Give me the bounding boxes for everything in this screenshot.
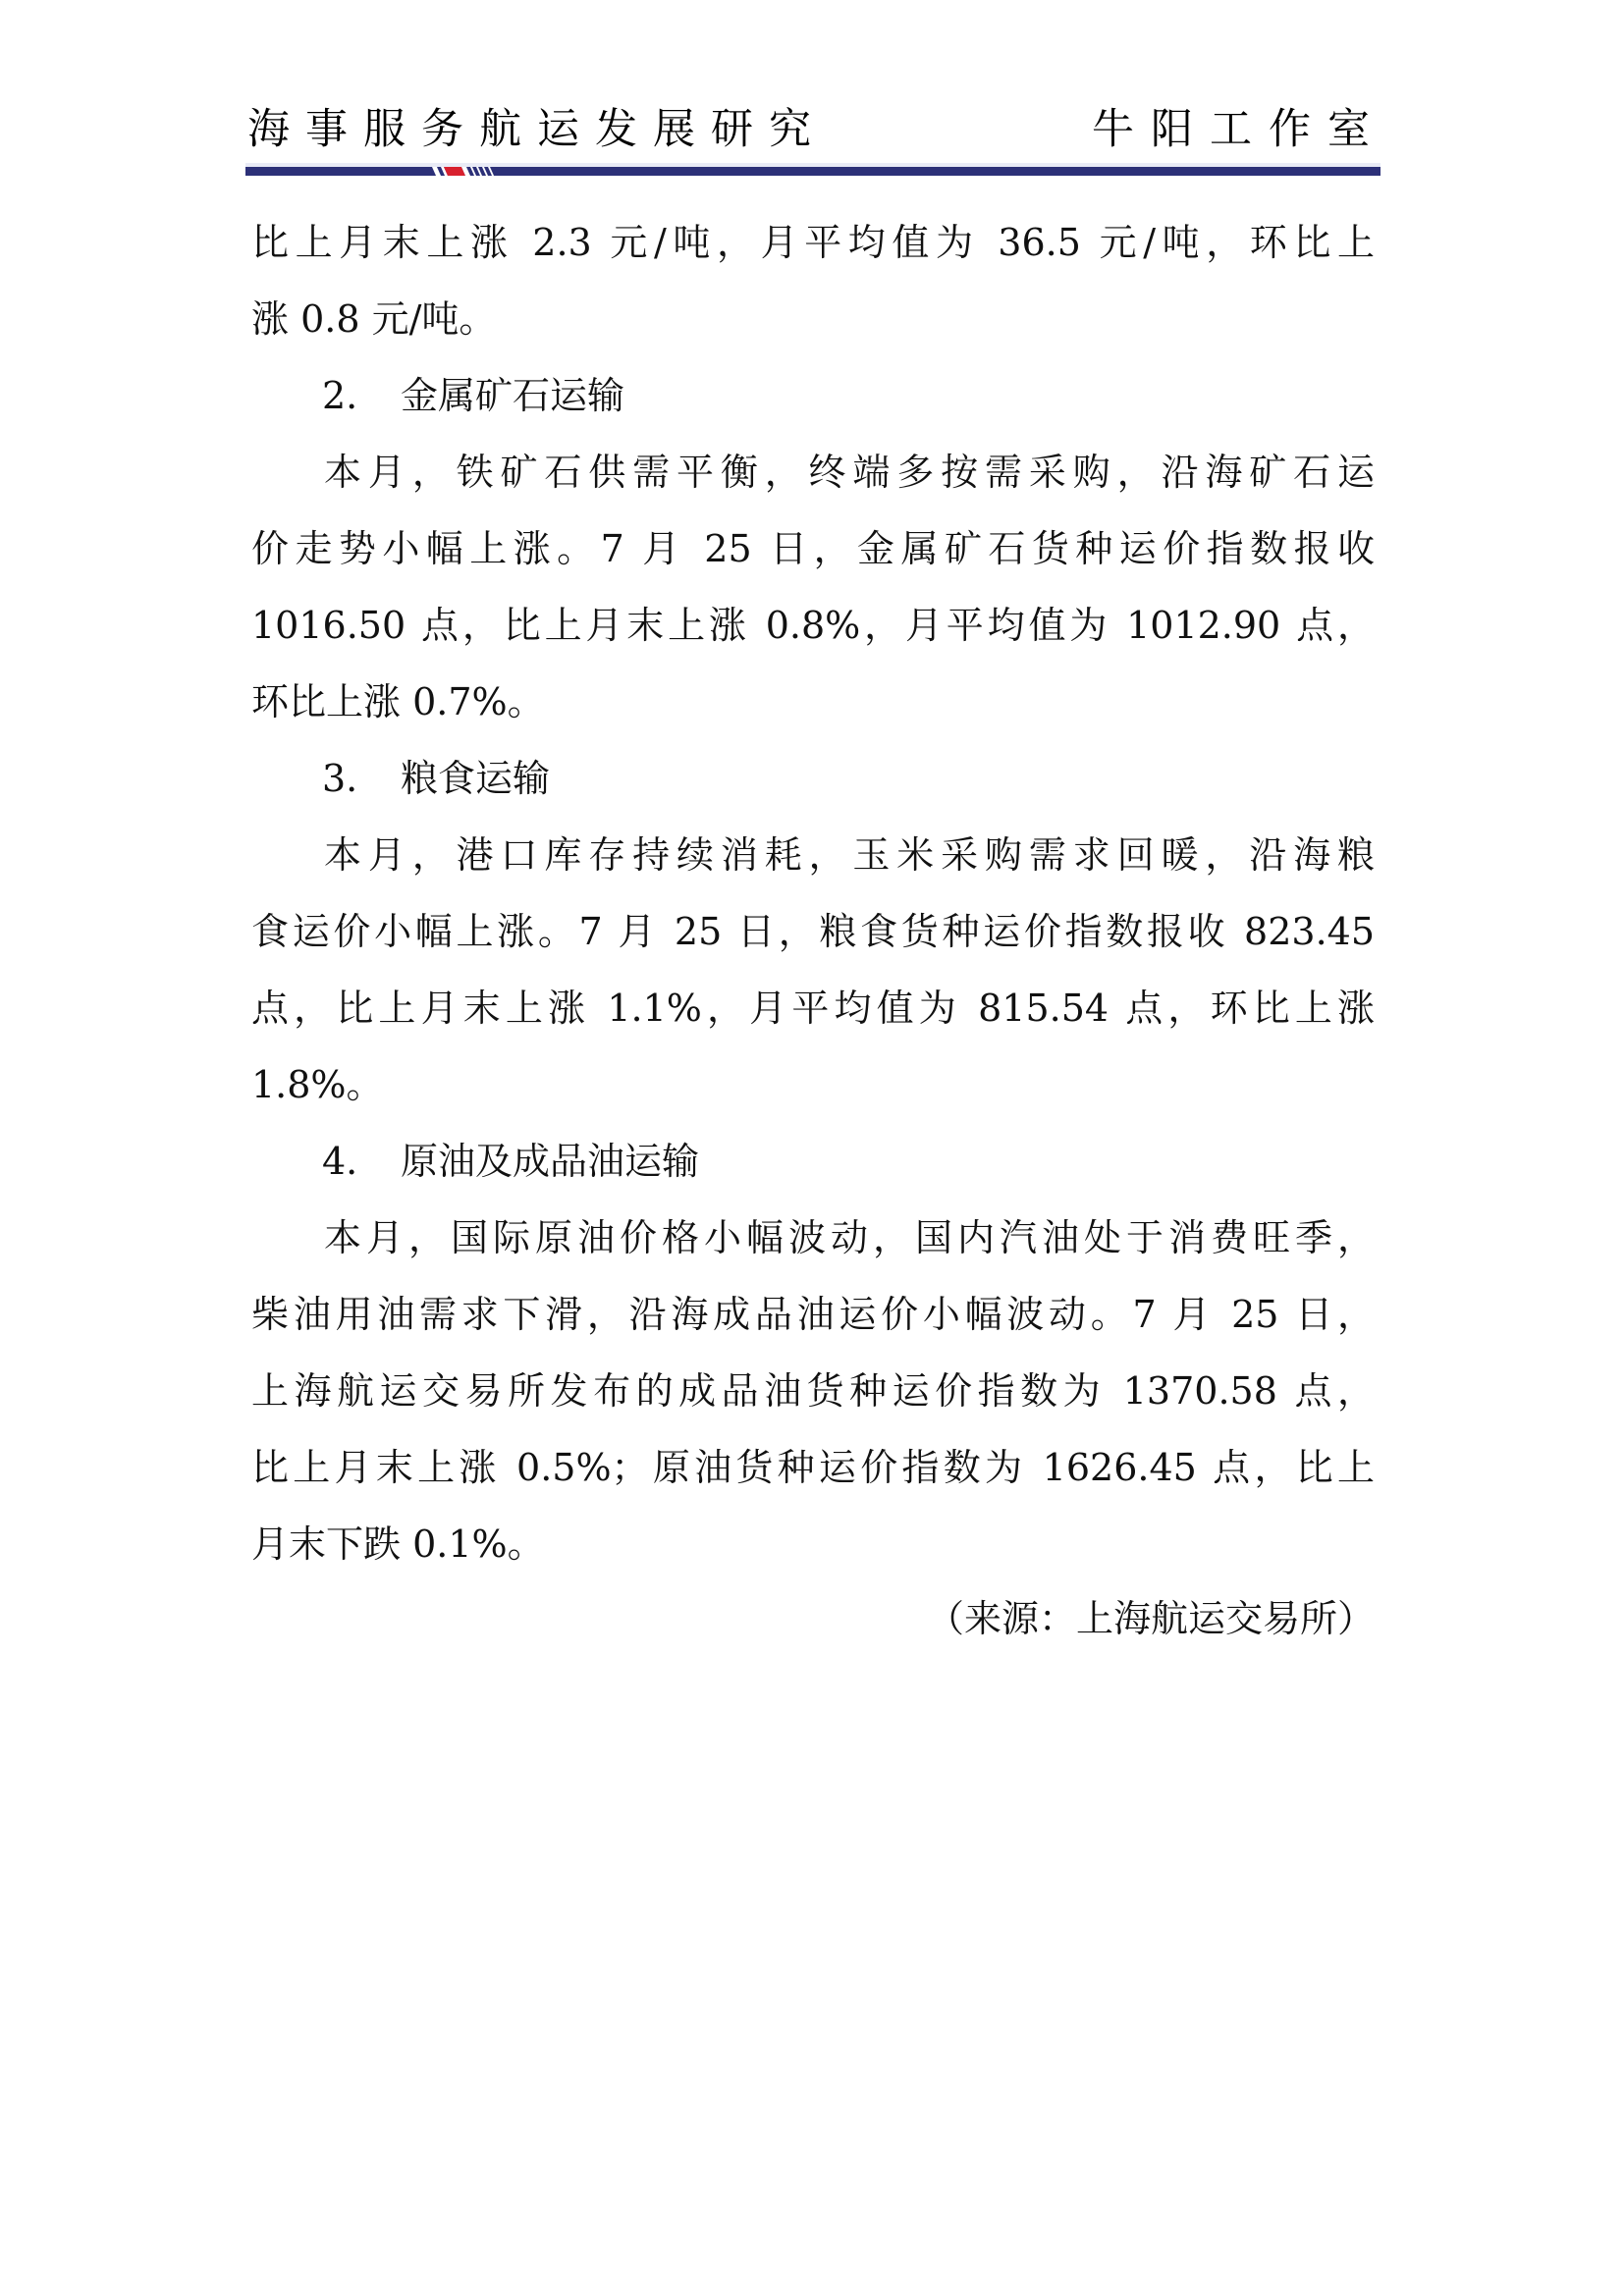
paragraph-line: 1016.50 点，比上月末上涨 0.8%，月平均值为 1012.90 点， [251,587,1375,664]
header-publication-title: 海事服务航运发展研究 [247,102,827,157]
paragraph-line: 比上月末上涨 0.5%；原油货种运价指数为 1626.45 点，比上 [251,1429,1375,1506]
section-title: 金属矿石运输 [401,374,624,417]
paragraph-line: 月末下跌 0.1%。 [251,1506,1375,1582]
section-number: 3. [322,740,401,817]
paragraph-line: 1.8%。 [251,1046,1375,1123]
header-rule-band [245,167,1380,176]
paragraph-line: 本月，国际原油价格小幅波动，国内汽油处于消费旺季， [324,1200,1375,1276]
paragraph-line: 点，比上月末上涨 1.1%，月平均值为 815.54 点，环比上涨 [251,970,1375,1046]
header-rule [245,163,1380,179]
paragraph-line: 环比上涨 0.7%。 [251,664,1375,740]
paragraph-line: 价走势小幅上涨。7 月 25 日，金属矿石货种运价指数报收 [251,510,1375,587]
section-number: 4. [322,1123,401,1200]
section-heading-2: 2.金属矿石运输 [322,357,624,434]
paragraph-line: 柴油用油需求下滑，沿海成品油运价小幅波动。7 月 25 日， [251,1276,1375,1353]
header-studio-name: 牛阳工作室 [1092,102,1386,157]
section-number: 2. [322,357,401,434]
paragraph-line: 比上月末上涨 2.3 元/吨，月平均值为 36.5 元/吨，环比上 [251,204,1375,281]
section-heading-3: 3.粮食运输 [322,740,550,817]
paragraph-line: 本月，铁矿石供需平衡，终端多按需采购，沿海矿石运 [324,434,1375,510]
section-title: 粮食运输 [401,757,550,800]
paragraph-line: 本月，港口库存持续消耗，玉米采购需求回暖，沿海粮 [324,817,1375,893]
section-title: 原油及成品油运输 [401,1140,699,1183]
source-attribution: （来源：上海航运交易所） [927,1580,1375,1657]
header-rule-emblem-icon [428,167,503,176]
paragraph-line: 涨 0.8 元/吨。 [251,281,1375,357]
document-page: 海事服务航运发展研究 牛阳工作室 比上月末上涨 2.3 元/吨，月平均值为 36… [0,0,1624,2296]
paragraph-line: 食运价小幅上涨。7 月 25 日，粮食货种运价指数报收 823.45 [251,893,1375,970]
section-heading-4: 4.原油及成品油运输 [322,1123,699,1200]
paragraph-line: 上海航运交易所发布的成品油货种运价指数为 1370.58 点， [251,1353,1375,1429]
